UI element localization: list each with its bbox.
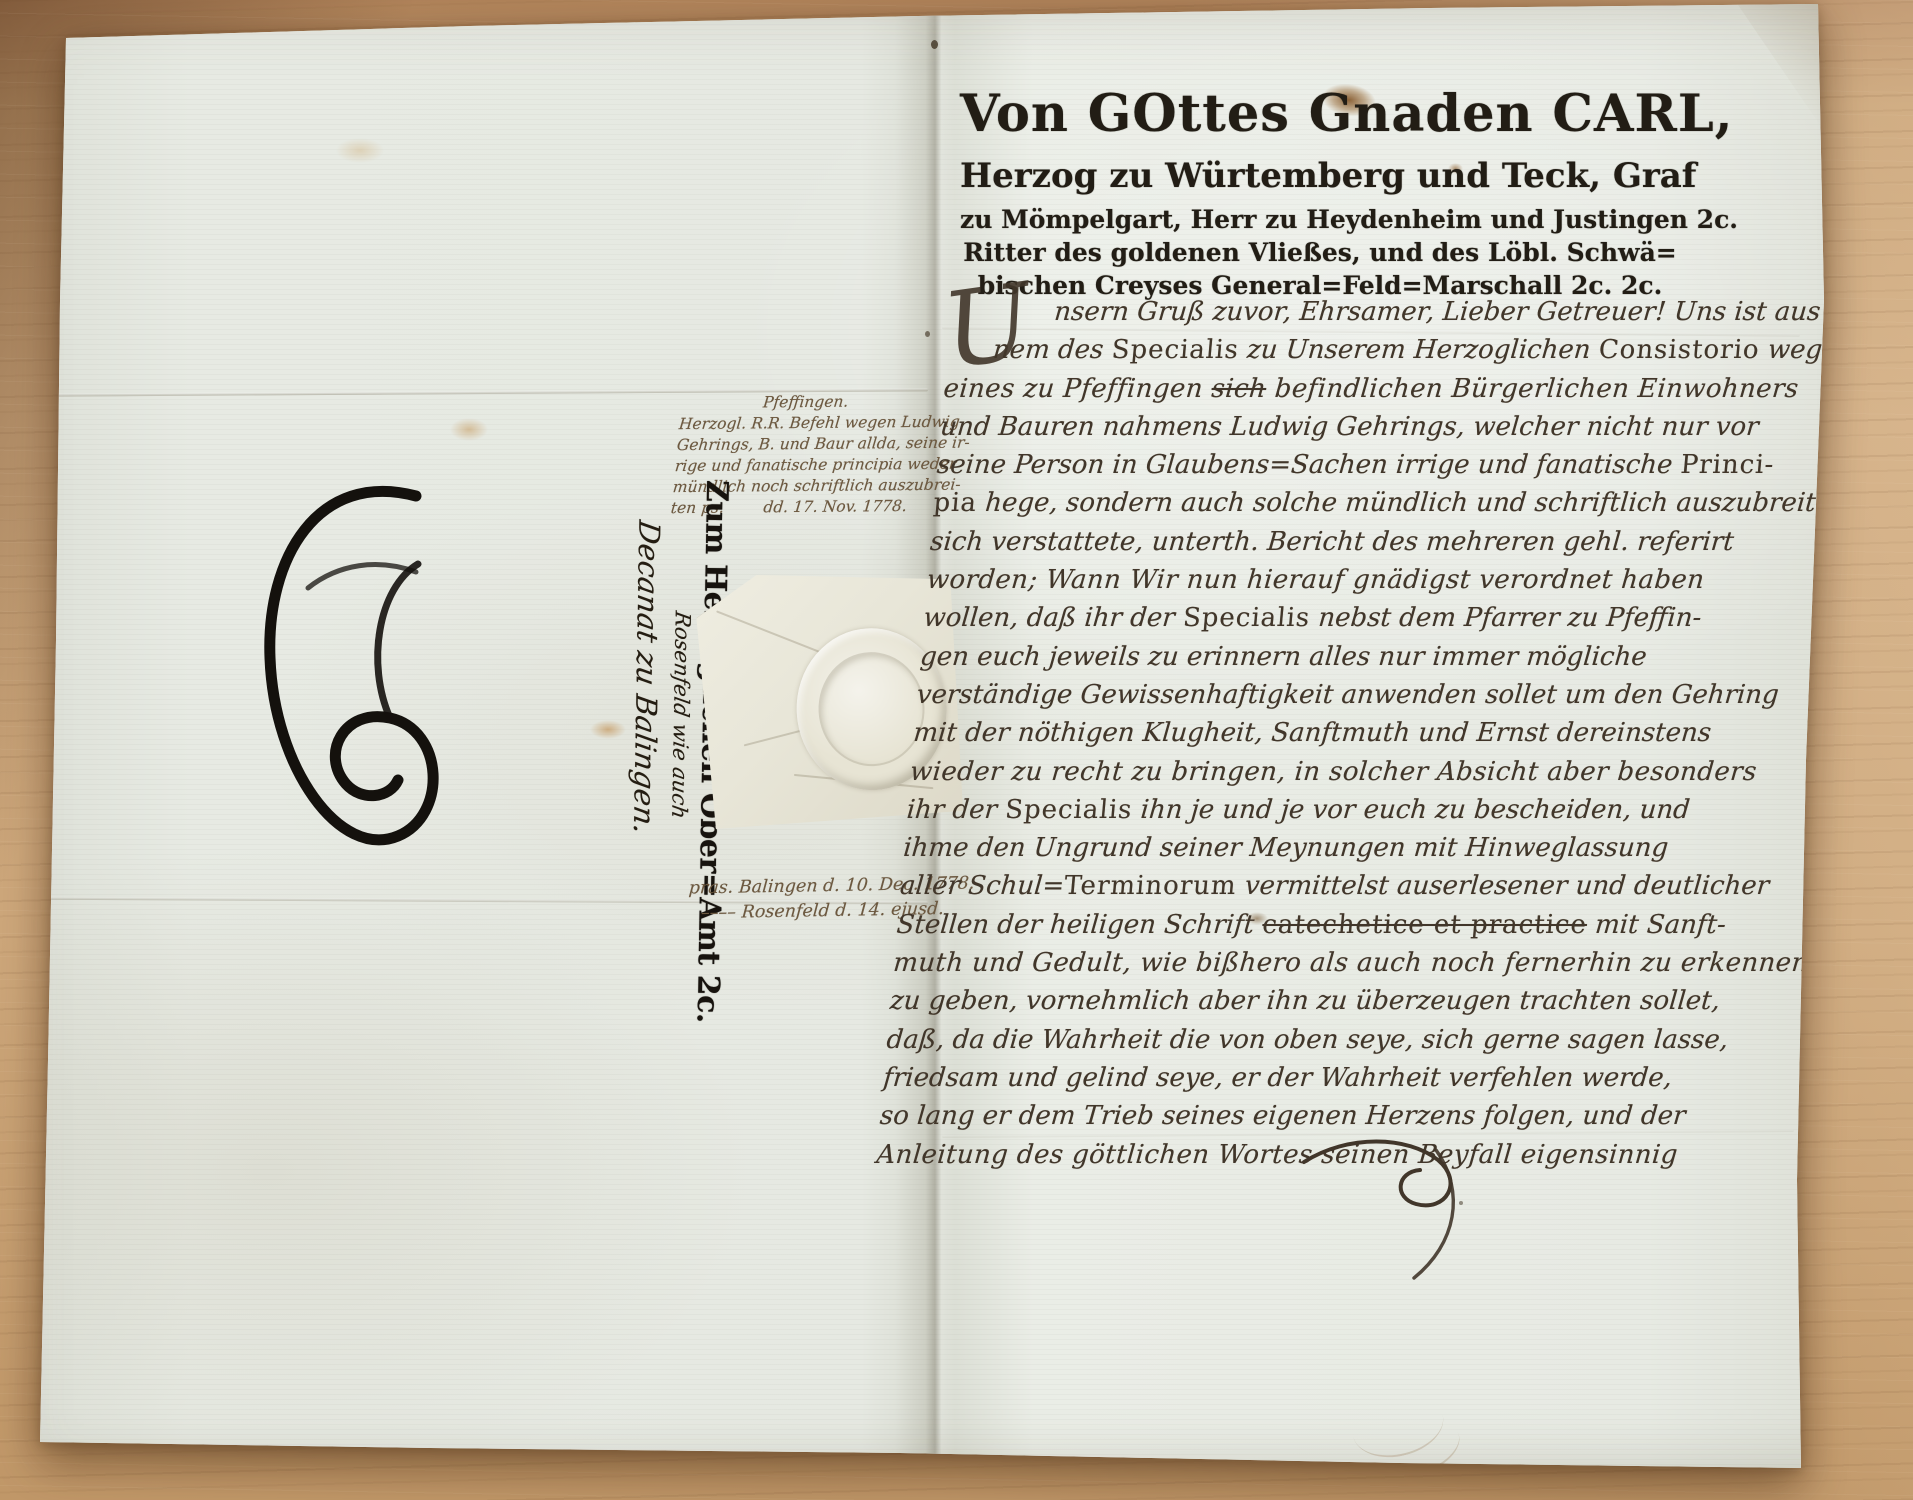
paper-sheet: Pfeffingen.Herzogl. R.R. Befehl wegen Lu… — [0, 0, 1913, 1500]
paper-edge-shading — [0, 0, 1913, 1500]
photo-of-historical-letter: Pfeffingen.Herzogl. R.R. Befehl wegen Lu… — [0, 0, 1913, 1500]
